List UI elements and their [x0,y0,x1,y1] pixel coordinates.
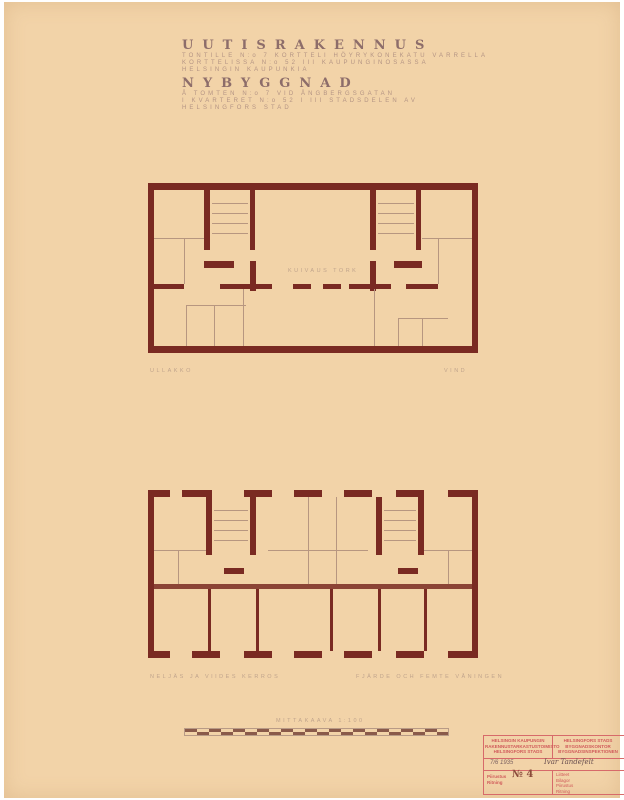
swedish-heading: NYBYGGNAD [182,76,452,91]
finnish-line-1: TONTILLE N:o 7 KORTTELI HÖYRYKONEKATU VA… [182,53,452,60]
attic-caption-right: VIND [444,368,467,374]
stamp-bottom-right-4: Ritning [556,789,573,795]
swedish-line-1: Å TOMTEN N:o 7 VID ÅNGBERGSGATAN [182,91,452,98]
finnish-line-2: KORTTELISSA N:o 52 III KAUPUNGINOSASSA [182,60,452,67]
stamp-top-left-3: HELSINGFORS STADS [485,749,551,755]
approval-stamp: HELSINGIN KAUPUNGIN RAKENNUSTARKASTUSTOI… [483,735,624,795]
scale-bar [184,728,449,736]
finnish-heading: UUTISRAKENNUS [182,38,452,53]
stamp-top-left-1: HELSINGIN KAUPUNGIN [485,738,551,744]
stamp-number: № 4 [512,772,533,778]
stamp-date: 7/6 1935 [490,761,513,767]
scale-label: MITTAKAAVA 1:100 [276,718,365,724]
attic-center-label: KUIVAUS TORK [288,268,358,274]
stamp-bottom-left-2: Ritning [487,780,506,786]
finnish-line-3: HELSINGIN KAUPUNKIA [182,67,452,74]
drawing-sheet: UUTISRAKENNUS TONTILLE N:o 7 KORTTELI HÖ… [4,2,620,798]
attic-caption-left: ULLAKKO [150,368,193,374]
swedish-line-3: HELSINGFORS STAD [182,105,452,112]
stamp-top-right-1: HELSINGFORS STADS [554,738,622,744]
swedish-line-2: I KVARTERET N:o 52 I III STADSDELEN AV [182,98,452,105]
stamp-signature: Ivar Tandefelt [544,760,594,766]
floor-caption-left: NELJÄS JA VIIDES KERROS [150,674,280,680]
stamp-bottom-right-3: Piirustus [556,783,573,789]
attic-plan: KUIVAUS TORK [148,183,478,353]
floor-caption-right: FJÄRDE OCH FEMTE VÅNINGEN [356,674,504,680]
stamp-bottom-left-1: Piirustus [487,774,506,780]
upper-floor-plan [148,490,478,658]
stamp-top-right-3: BYGGNADSINSPEKTIONEN [554,749,622,755]
title-block: UUTISRAKENNUS TONTILLE N:o 7 KORTTELI HÖ… [182,38,452,112]
